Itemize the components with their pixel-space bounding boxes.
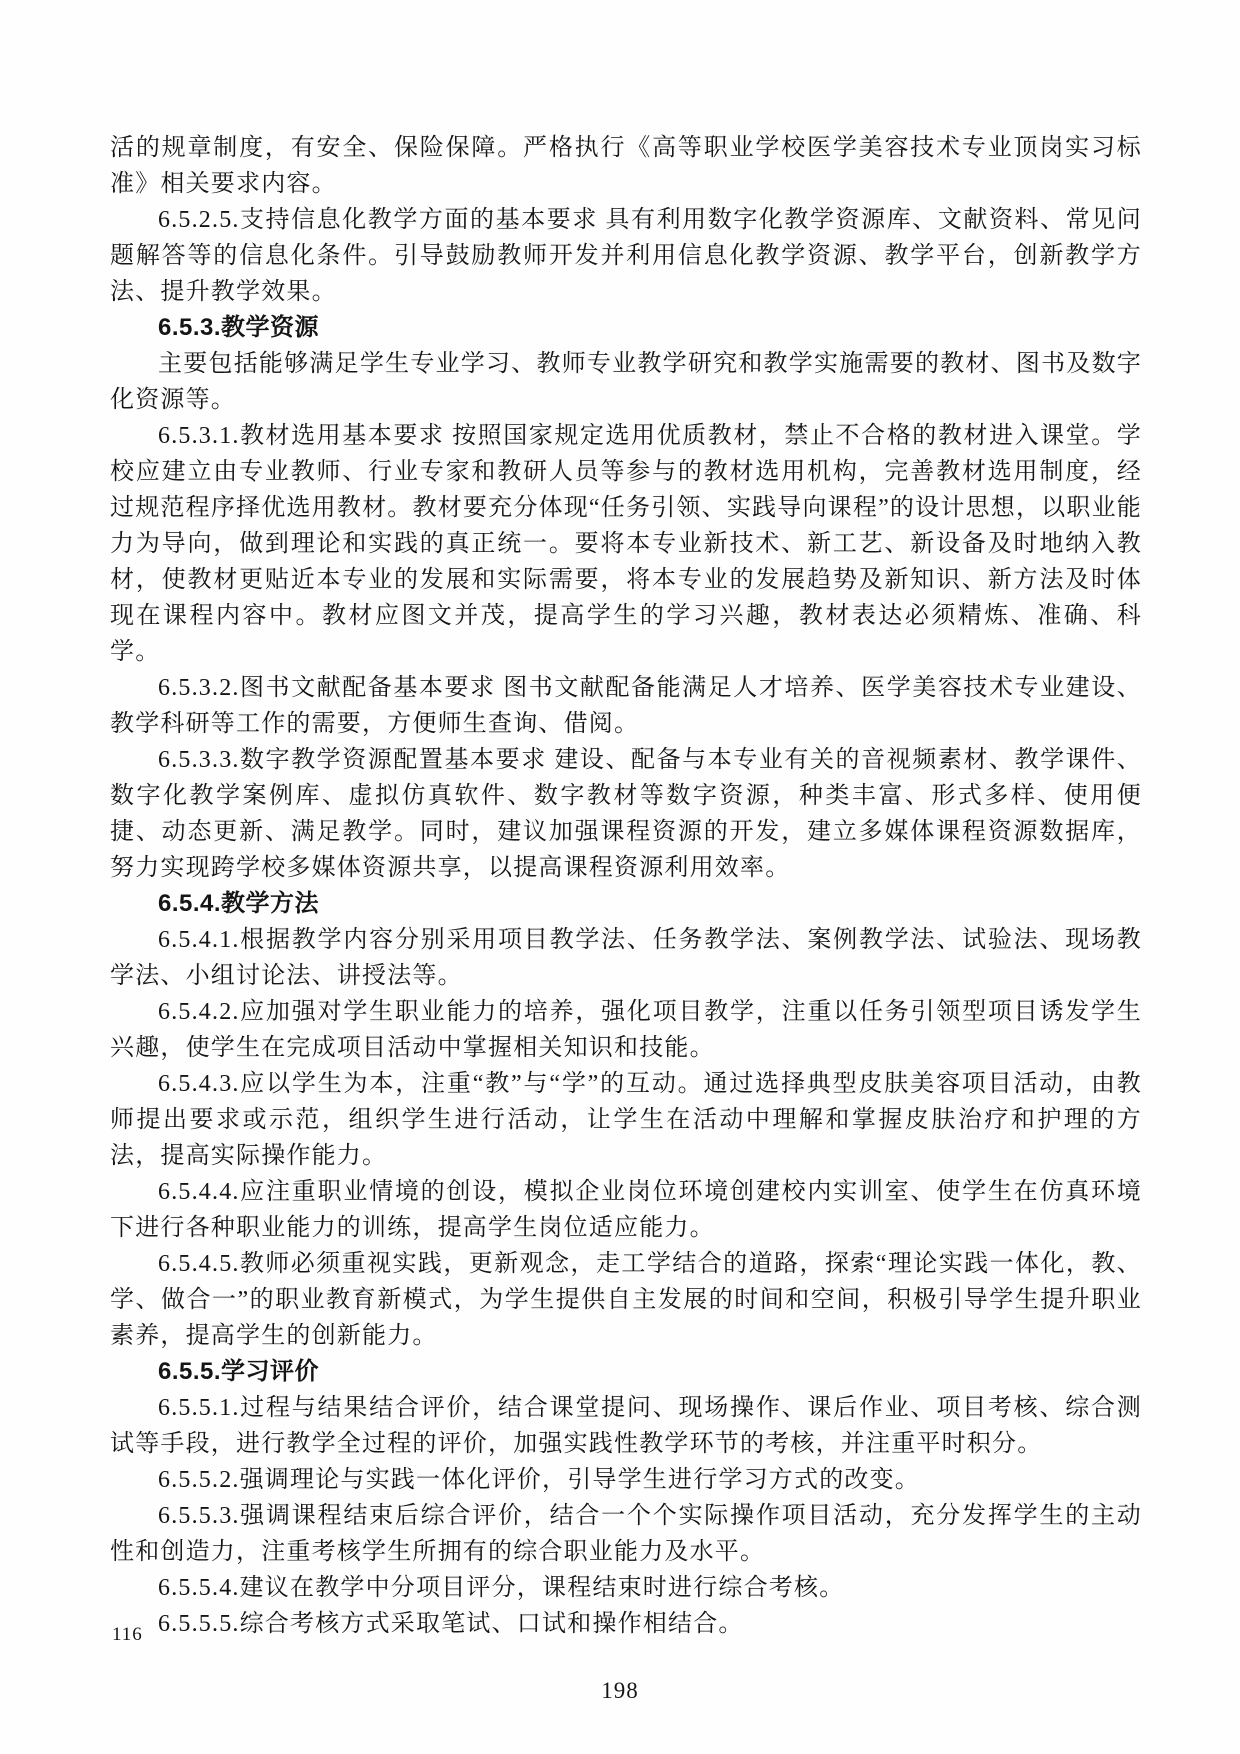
footnote-number: 116	[112, 1624, 143, 1646]
paragraph: 6.5.3.1.教材选用基本要求 按照国家规定选用优质教材，禁止不合格的教材进入…	[110, 418, 1142, 670]
paragraph: 6.5.4.2.应加强对学生职业能力的培养，强化项目教学，注重以任务引领型项目诱…	[110, 994, 1142, 1066]
paragraph: 6.5.5.1.过程与结果结合评价，结合课堂提问、现场操作、课后作业、项目考核、…	[110, 1390, 1142, 1462]
section-heading: 6.5.5.学习评价	[110, 1354, 1142, 1390]
paragraph: 6.5.5.4.建议在教学中分项目评分，课程结束时进行综合考核。	[110, 1570, 1142, 1606]
paragraph: 6.5.3.2.图书文献配备基本要求 图书文献配备能满足人才培养、医学美容技术专…	[110, 670, 1142, 742]
document-body: 活的规章制度，有安全、保险保障。严格执行《高等职业学校医学美容技术专业顶岗实习标…	[110, 130, 1142, 1642]
section-heading: 6.5.4.教学方法	[110, 886, 1142, 922]
paragraph: 6.5.2.5.支持信息化教学方面的基本要求 具有利用数字化教学资源库、文献资料…	[110, 202, 1142, 310]
paragraph: 6.5.5.2.强调理论与实践一体化评价，引导学生进行学习方式的改变。	[110, 1462, 1142, 1498]
paragraph: 主要包括能够满足学生专业学习、教师专业教学研究和教学实施需要的教材、图书及数字化…	[110, 346, 1142, 418]
paragraph: 6.5.4.3.应以学生为本，注重“教”与“学”的互动。通过选择典型皮肤美容项目…	[110, 1066, 1142, 1174]
document-page: 活的规章制度，有安全、保险保障。严格执行《高等职业学校医学美容技术专业顶岗实习标…	[0, 0, 1240, 1754]
paragraph: 6.5.4.1.根据教学内容分别采用项目教学法、任务教学法、案例教学法、试验法、…	[110, 922, 1142, 994]
paragraph: 6.5.3.3.数字教学资源配置基本要求 建设、配备与本专业有关的音视频素材、教…	[110, 742, 1142, 886]
paragraph: 活的规章制度，有安全、保险保障。严格执行《高等职业学校医学美容技术专业顶岗实习标…	[110, 130, 1142, 202]
page-number: 198	[0, 1678, 1240, 1704]
section-heading: 6.5.3.教学资源	[110, 310, 1142, 346]
paragraph: 6.5.4.5.教师必须重视实践，更新观念，走工学结合的道路，探索“理论实践一体…	[110, 1246, 1142, 1354]
paragraph: 6.5.4.4.应注重职业情境的创设，模拟企业岗位环境创建校内实训室、使学生在仿…	[110, 1174, 1142, 1246]
paragraph: 6.5.5.5.综合考核方式采取笔试、口试和操作相结合。	[110, 1606, 1142, 1642]
paragraph: 6.5.5.3.强调课程结束后综合评价，结合一个个实际操作项目活动，充分发挥学生…	[110, 1498, 1142, 1570]
